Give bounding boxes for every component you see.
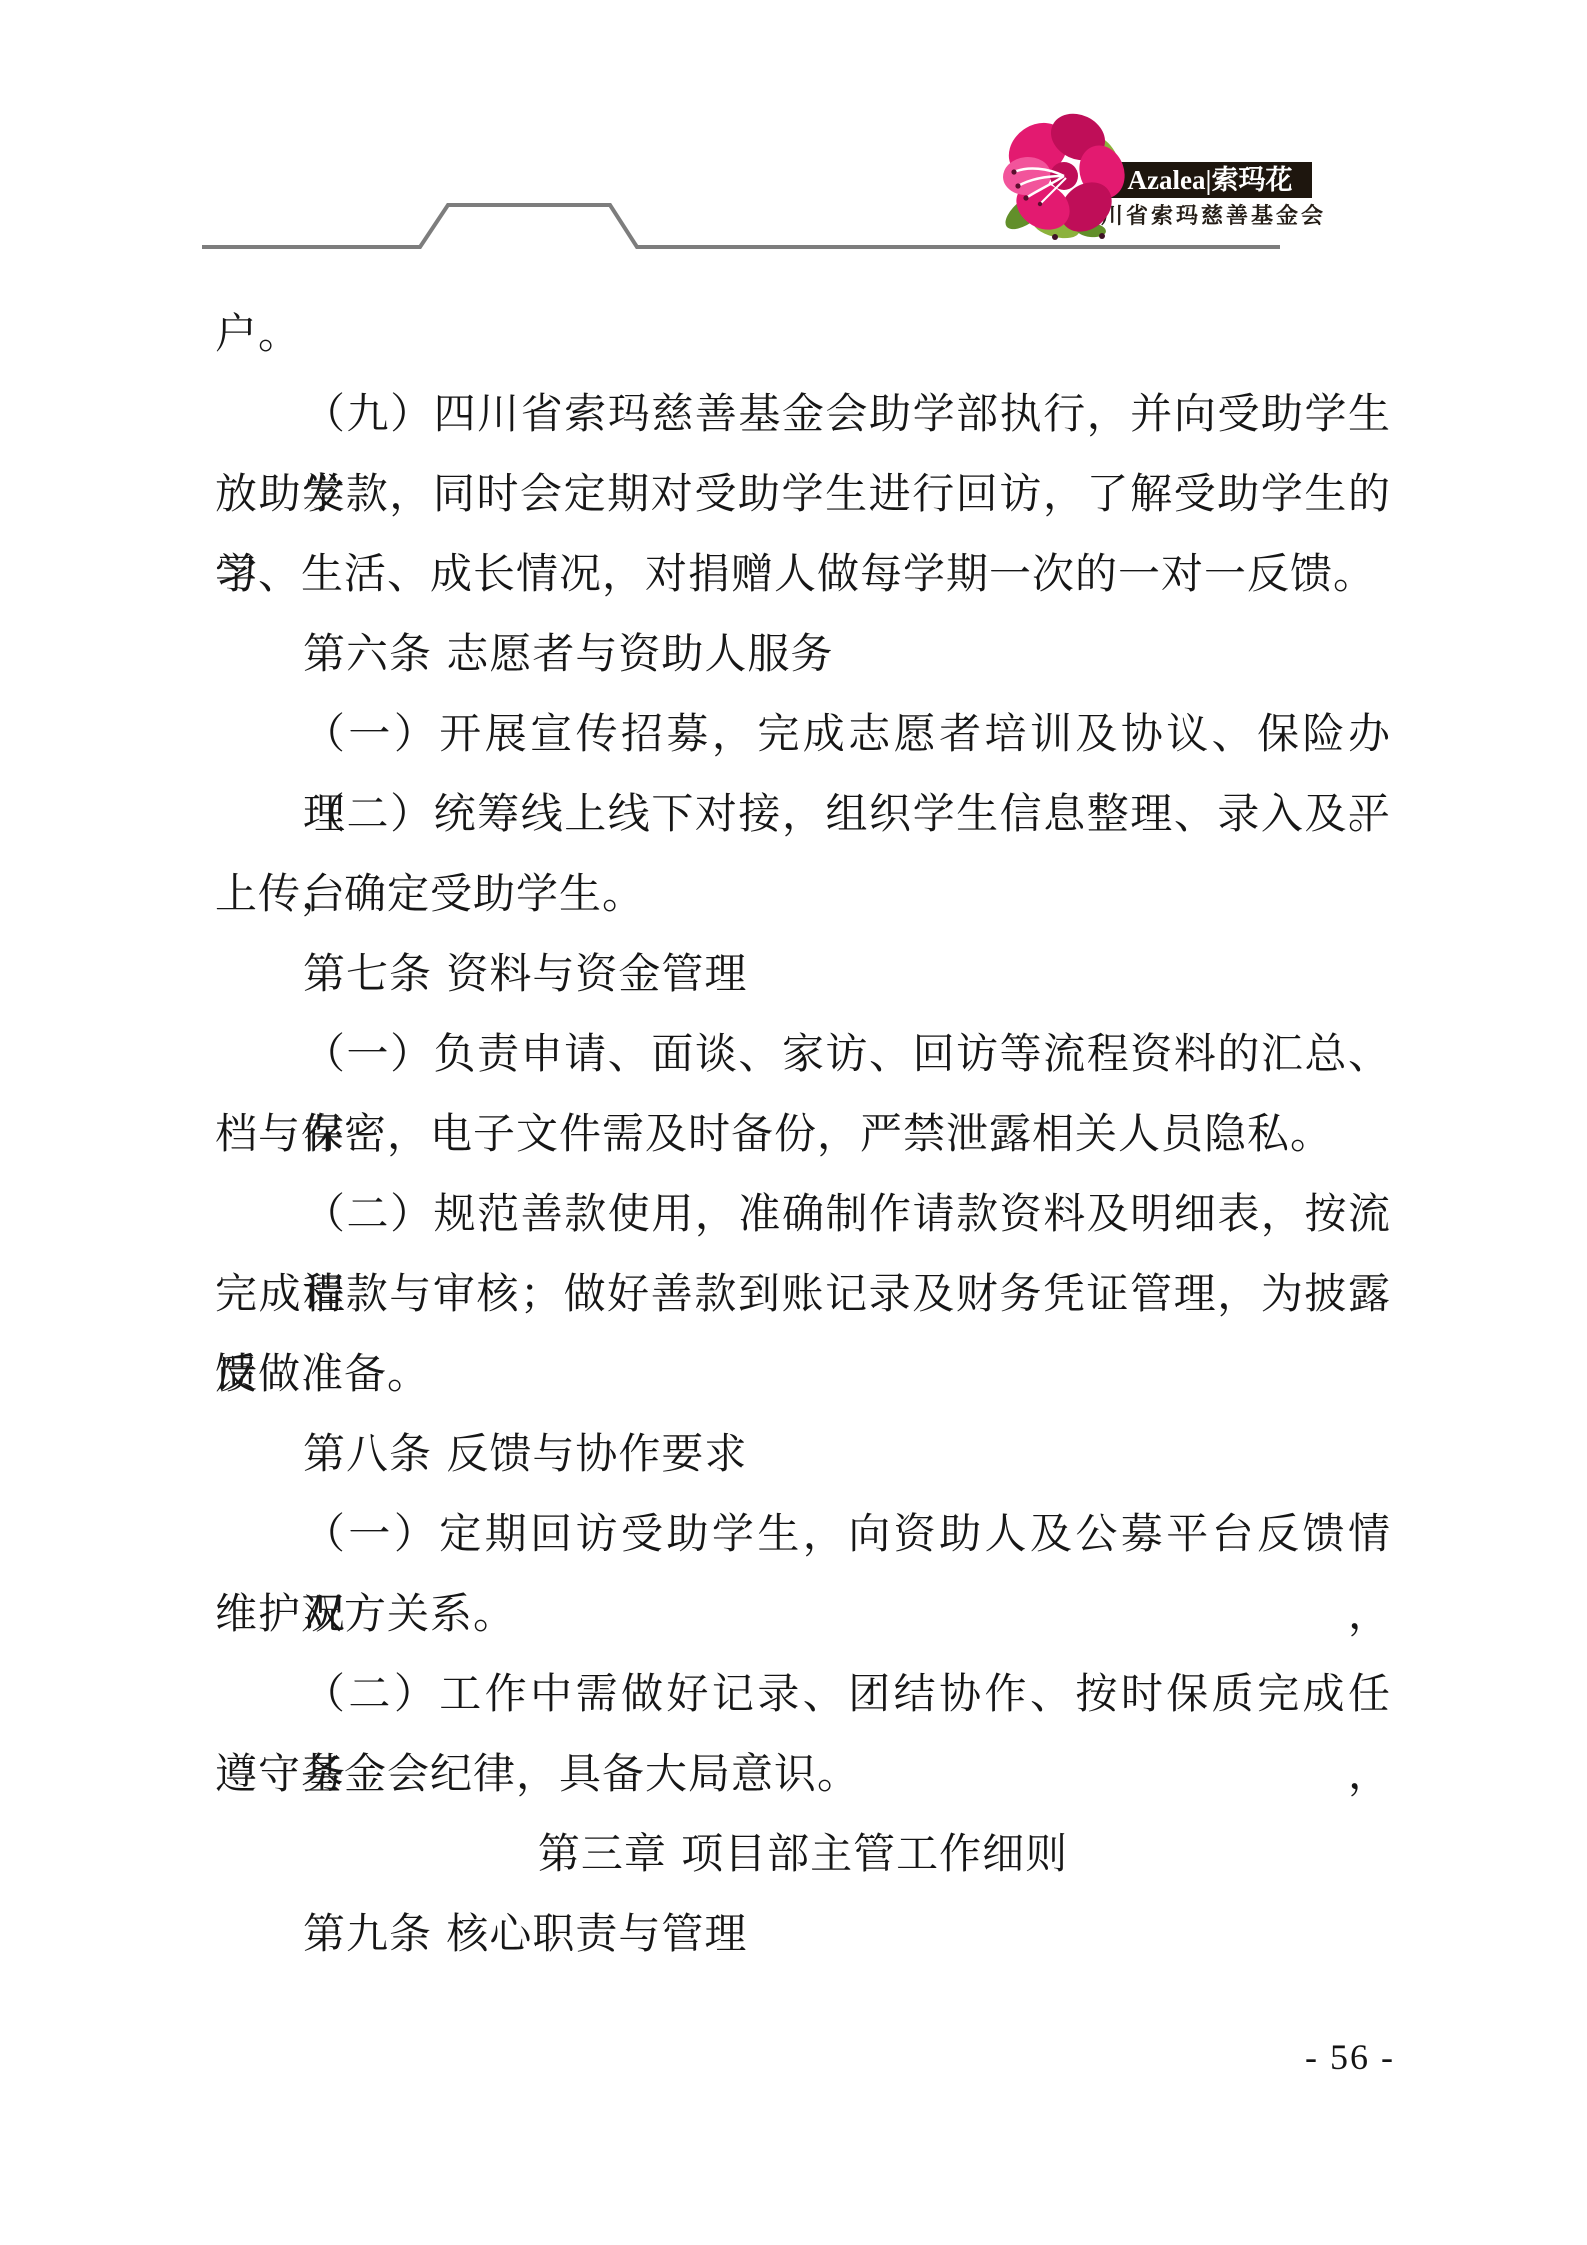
text-line: 上传，确定受助学生。 — [215, 854, 1391, 934]
text-line: 放助学款，同时会定期对受助学生进行回访，了解受助学生的学 — [215, 454, 1391, 534]
text-line: 习、生活、成长情况，对捐赠人做每学期一次的一对一反馈。 — [215, 534, 1391, 614]
text-line: （九）四川省索玛慈善基金会助学部执行，并向受助学生发 — [215, 374, 1391, 454]
text-line: （一）开展宣传招募，完成志愿者培训及协议、保险办理。 — [215, 694, 1391, 774]
document-body: 户。（九）四川省索玛慈善基金会助学部执行，并向受助学生发放助学款，同时会定期对受… — [215, 294, 1391, 1974]
text-line: 第六条 志愿者与资助人服务 — [215, 614, 1391, 694]
text-line: 第七条 资料与资金管理 — [215, 934, 1391, 1014]
text-line: 第八条 反馈与协作要求 — [215, 1414, 1391, 1494]
text-line: （二）规范善款使用，准确制作请款资料及明细表，按流程 — [215, 1174, 1391, 1254]
text-line: （二）工作中需做好记录、团结协作、按时保质完成任务， — [215, 1654, 1391, 1734]
azalea-flower-icon — [998, 110, 1138, 245]
text-line: 第九条 核心职责与管理 — [215, 1894, 1391, 1974]
text-line: 户。 — [215, 294, 1391, 374]
brand-text: Azalea|索玛花 — [1128, 165, 1293, 195]
text-line: 馈做准备。 — [215, 1334, 1391, 1414]
page-number: - 56 - — [1290, 2036, 1410, 2078]
text-line: （二）统筹线上线下对接，组织学生信息整理、录入及平台 — [215, 774, 1391, 854]
text-line: 第三章 项目部主管工作细则 — [215, 1814, 1391, 1894]
text-line: （一）定期回访受助学生，向资助人及公募平台反馈情况， — [215, 1494, 1391, 1574]
text-line: 完成请款与审核；做好善款到账记录及财务凭证管理，为披露反 — [215, 1254, 1391, 1334]
logo-banner: Azalea|索玛花 — [1108, 162, 1312, 198]
text-line: （一）负责申请、面谈、家访、回访等流程资料的汇总、存 — [215, 1014, 1391, 1094]
text-line: 档与保密，电子文件需及时备份，严禁泄露相关人员隐私。 — [215, 1094, 1391, 1174]
header-divider-line — [0, 0, 1587, 300]
document-page: Azalea|索玛花 四川省索玛慈善基金会 — [0, 0, 1587, 2245]
